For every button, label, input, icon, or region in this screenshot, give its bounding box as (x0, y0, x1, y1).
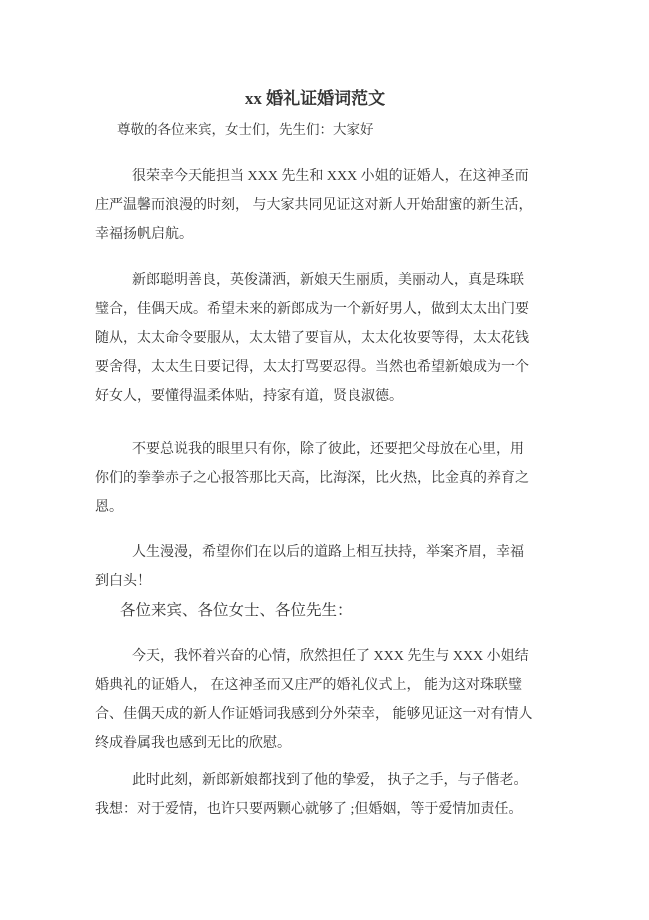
paragraph-today-witness: 今天，我怀着兴奋的心情，欣然担任了 XXX 先生与 XXX 小姐结婚典礼的证婚人… (95, 642, 535, 758)
paragraph-honored: 很荣幸今天能担当 XXX 先生和 XXX 小姐的证婚人，在这神圣而庄严温馨而浪漫… (95, 162, 535, 249)
paragraph-groom-bride: 新郎聪明善良，英俊潇洒，新娘天生丽质，美丽动人，真是珠联璧合，佳偶天成。希望未来… (95, 266, 535, 411)
salutation-line: 各位来宾、各位女士、各位先生： (95, 596, 535, 625)
paragraph-parents: 不要总说我的眼里只有你，除了彼此，还要把父母放在心里，用你们的拳拳赤子之心报答那… (95, 435, 535, 522)
doc-title: xx 婚礼证婚词范文 (95, 88, 535, 110)
document-content: xx 婚礼证婚词范文 尊敬的各位来宾，女士们，先生们：大家好 很荣幸今天能担当 … (0, 0, 649, 824)
paragraph-life-wish: 人生漫漫，希望你们在以后的道路上相互扶持，举案齐眉，幸福到白头！ (95, 538, 535, 596)
document-page: xx 婚礼证婚词范文 尊敬的各位来宾，女士们，先生们：大家好 很荣幸今天能担当 … (0, 0, 649, 920)
paragraph-love-responsibility: 此时此刻，新郎新娘都找到了他的挚爱， 执子之手，与子偕老。我想：对于爱情，也许只… (95, 766, 535, 824)
greeting-line: 尊敬的各位来宾，女士们，先生们：大家好 (95, 115, 535, 144)
